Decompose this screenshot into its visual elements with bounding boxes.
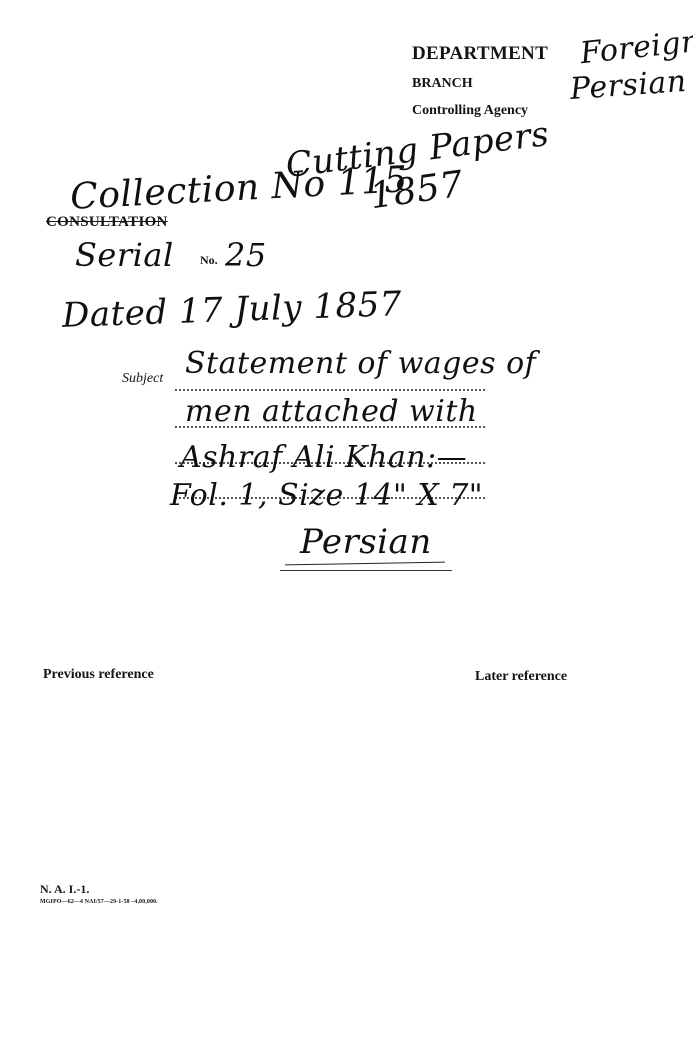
language-underline [285, 562, 445, 566]
number-label: No. [200, 253, 218, 268]
form-id: N. A. I.-1. [40, 882, 89, 897]
subject-label: Subject [122, 371, 163, 387]
number-value: 25 [225, 236, 267, 274]
subject-line: Ashraf Ali Khan:— [180, 440, 467, 475]
collection-number: Collection No 115 [69, 159, 409, 218]
language-note: Persian [300, 522, 432, 562]
subject-dotted-line [175, 389, 485, 391]
department-label: DEPARTMENT [412, 43, 548, 65]
printer-line: MGIPO—62—4 NAI/57—29-1-58 –4,00,000. [40, 899, 158, 905]
subject-line: Fol. 1, Size 14" X 7" [170, 478, 483, 513]
controlling-agency-label: Controlling Agency [412, 103, 528, 119]
previous-reference-label: Previous reference [43, 667, 154, 683]
dated-value: Dated 17 July 1857 [61, 284, 402, 336]
branch-value: Persian [569, 64, 688, 107]
subject-line: Statement of wages of [185, 346, 536, 381]
serial-value: Serial [75, 236, 174, 274]
language-underline [280, 570, 452, 571]
subject-line: men attached with [185, 394, 478, 429]
later-reference-label: Later reference [475, 669, 567, 685]
consultation-label: CONSULTATION [46, 214, 168, 231]
branch-label: BRANCH [412, 76, 473, 92]
